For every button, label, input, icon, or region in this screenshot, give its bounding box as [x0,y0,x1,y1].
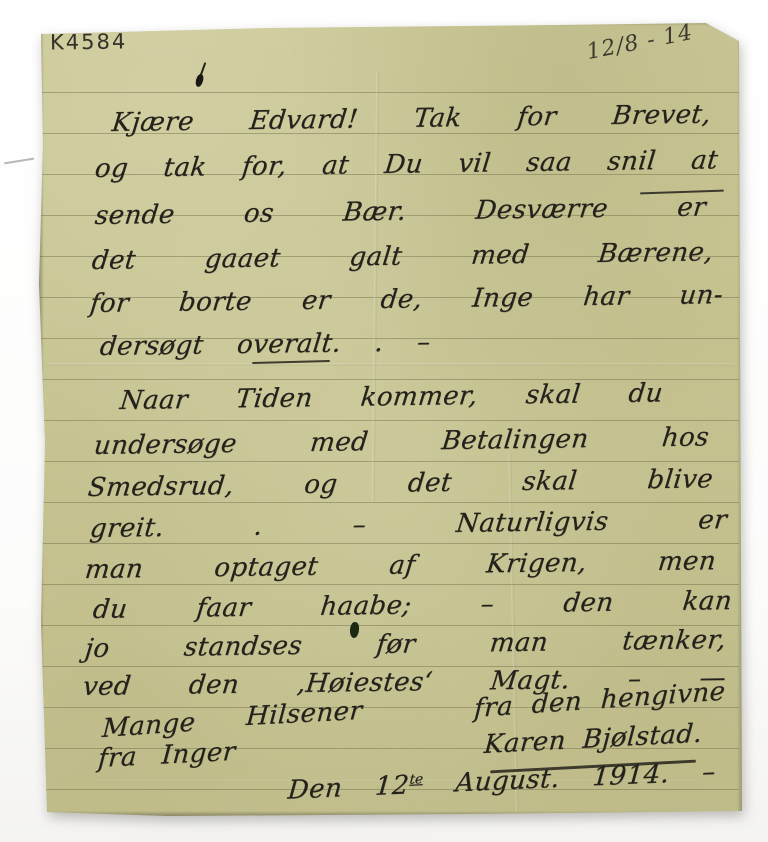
letter-line: og tak for, at Du vil saa snil at [93,143,720,186]
letter-line: undersøge med Betalingen hos [92,420,711,463]
fold-crease-horizontal [46,363,734,366]
letter-paper: K4584 12/8 - 14 Kjære Edvard! Tak for Br… [38,22,742,816]
letter-line: Naar Tiden kommer, skal du [118,376,665,418]
dateline-day: Den 12 [287,770,411,805]
dateline-ordinal: te [409,771,424,788]
closing-fra-inger: fra Inger [97,735,237,776]
stray-pencil-mark [4,158,34,164]
letter-line: jo standses før man tænker, [83,623,728,666]
paper-edge-shadow-left [38,22,44,816]
paper-edge-shadow-top [38,22,742,26]
letter-line: greit. . – Naturligvis er [88,503,729,546]
paper-edge-shadow-bottom [38,811,742,816]
dateline-month-year: August. 1914. – [454,757,717,798]
letter-paper-shadow: K4584 12/8 - 14 Kjære Edvard! Tak for Br… [38,22,742,816]
date-annotation: 12/8 - 14 [585,20,696,65]
letter-line: for borte er de, Inge har un- [88,278,725,321]
ink-blot-top [195,73,205,87]
letter-line: man optaget af Krigen, men [83,544,718,587]
letter-line: Kjære Edvard! Tak for Brevet, [110,98,713,140]
letter-line: dersøgt overalt. . – [98,325,432,364]
letter-line: du faar haabe; – den kan [91,584,734,627]
letter-line: sende os Bær. Desværre er [93,190,708,233]
scan-background: K4584 12/8 - 14 Kjære Edvard! Tak for Br… [0,0,768,842]
letter-line: Smedsrud, og det skal blive [86,462,715,505]
dateline: Den 12te August. 1914. – [286,749,717,807]
closing-hilsener: Hilsener [245,694,364,734]
catalog-number: K4584 [50,29,128,54]
letter-line: det gaaet galt med Bærene, [90,235,715,278]
paper-edge-shadow-right [737,22,742,816]
